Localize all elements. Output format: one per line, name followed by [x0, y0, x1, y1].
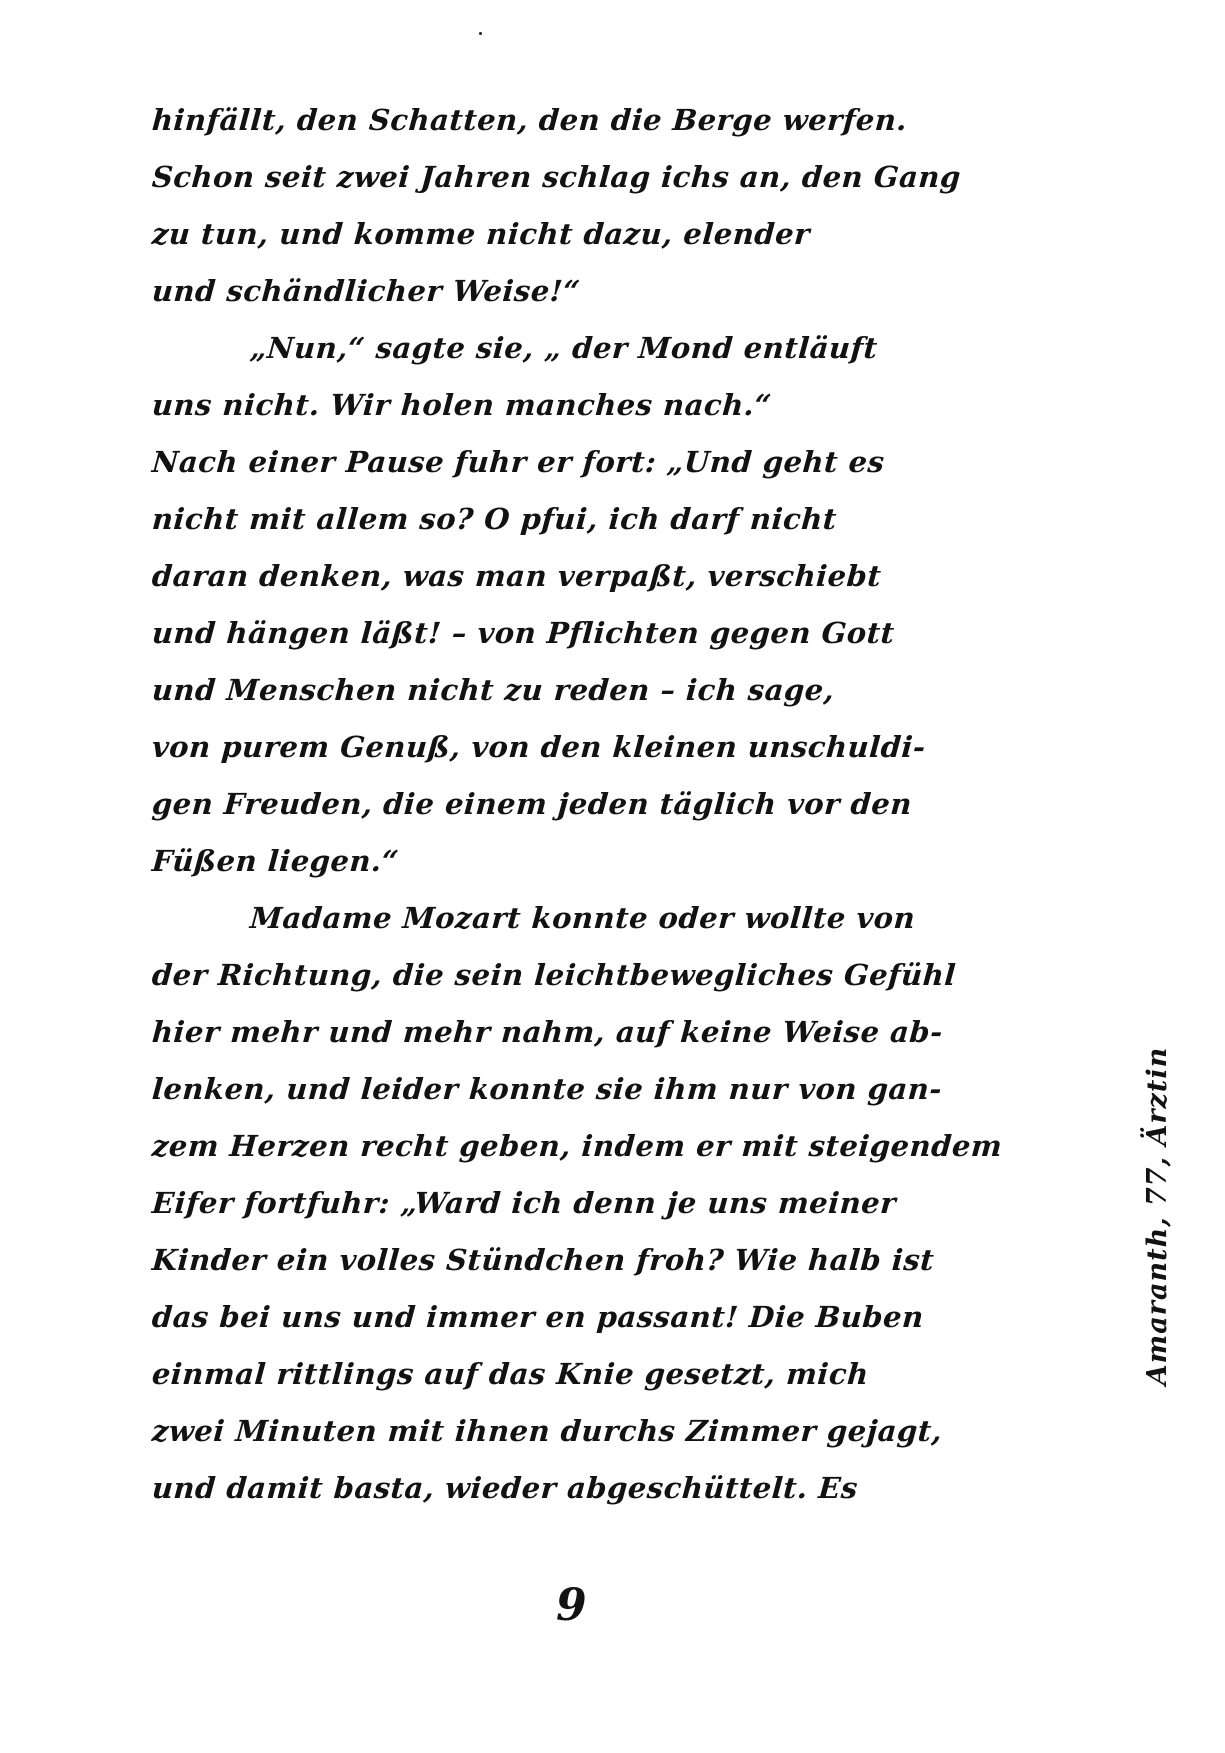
page-number: 9	[556, 1580, 587, 1631]
handwritten-line: und damit basta, wieder abgeschüttelt. E…	[150, 1460, 994, 1517]
handwritten-line: und schändlicher Weise!“	[150, 263, 994, 320]
handwritten-line: Füßen liegen.“	[150, 833, 994, 890]
handwritten-line: uns nicht. Wir holen manches nach.“	[150, 377, 994, 434]
handwritten-line: und Menschen nicht zu reden – ich sage,	[150, 662, 994, 719]
handwritten-line: zu tun, und komme nicht dazu, elender	[150, 206, 994, 263]
manuscript-page: hinfällt, den Schatten, den die Berge we…	[0, 0, 1225, 1753]
handwritten-line: das bei uns und immer en passant! Die Bu…	[150, 1289, 994, 1346]
ink-speck	[479, 32, 482, 35]
handwritten-line: zem Herzen recht geben, indem er mit ste…	[150, 1118, 994, 1175]
handwritten-line: daran denken, was man verpaßt, verschieb…	[150, 548, 994, 605]
handwritten-line: Eifer fortfuhr: „Ward ich denn je uns me…	[150, 1175, 994, 1232]
margin-annotation: Amaranth, 77, Ärztin	[1138, 1006, 1178, 1426]
handwritten-line: und hängen läßt! – von Pflichten gegen G…	[150, 605, 994, 662]
handwritten-line: von purem Genuß, von den kleinen unschul…	[150, 719, 994, 776]
handwritten-line: Kinder ein volles Stündchen froh? Wie ha…	[150, 1232, 994, 1289]
handwritten-line: Madame Mozart konnte oder wollte von	[150, 890, 994, 947]
handwritten-line: lenken, und leider konnte sie ihm nur vo…	[150, 1061, 994, 1118]
handwritten-line: gen Freuden, die einem jeden täglich vor…	[150, 776, 994, 833]
handwriting-text-block: hinfällt, den Schatten, den die Berge we…	[152, 92, 992, 1517]
handwritten-line: „Nun,“ sagte sie, „ der Mond entläuft	[150, 320, 994, 377]
handwritten-line: nicht mit allem so? O pfui, ich darf nic…	[150, 491, 994, 548]
handwritten-line: hier mehr und mehr nahm, auf keine Weise…	[150, 1004, 994, 1061]
handwritten-line: Schon seit zwei Jahren schlag ichs an, d…	[150, 149, 994, 206]
handwritten-line: Nach einer Pause fuhr er fort: „Und geht…	[150, 434, 994, 491]
handwritten-line: der Richtung, die sein leichtbewegliches…	[150, 947, 994, 1004]
handwritten-line: hinfällt, den Schatten, den die Berge we…	[150, 92, 994, 149]
handwritten-line: einmal rittlings auf das Knie gesetzt, m…	[150, 1346, 994, 1403]
handwritten-line: zwei Minuten mit ihnen durchs Zimmer gej…	[150, 1403, 994, 1460]
